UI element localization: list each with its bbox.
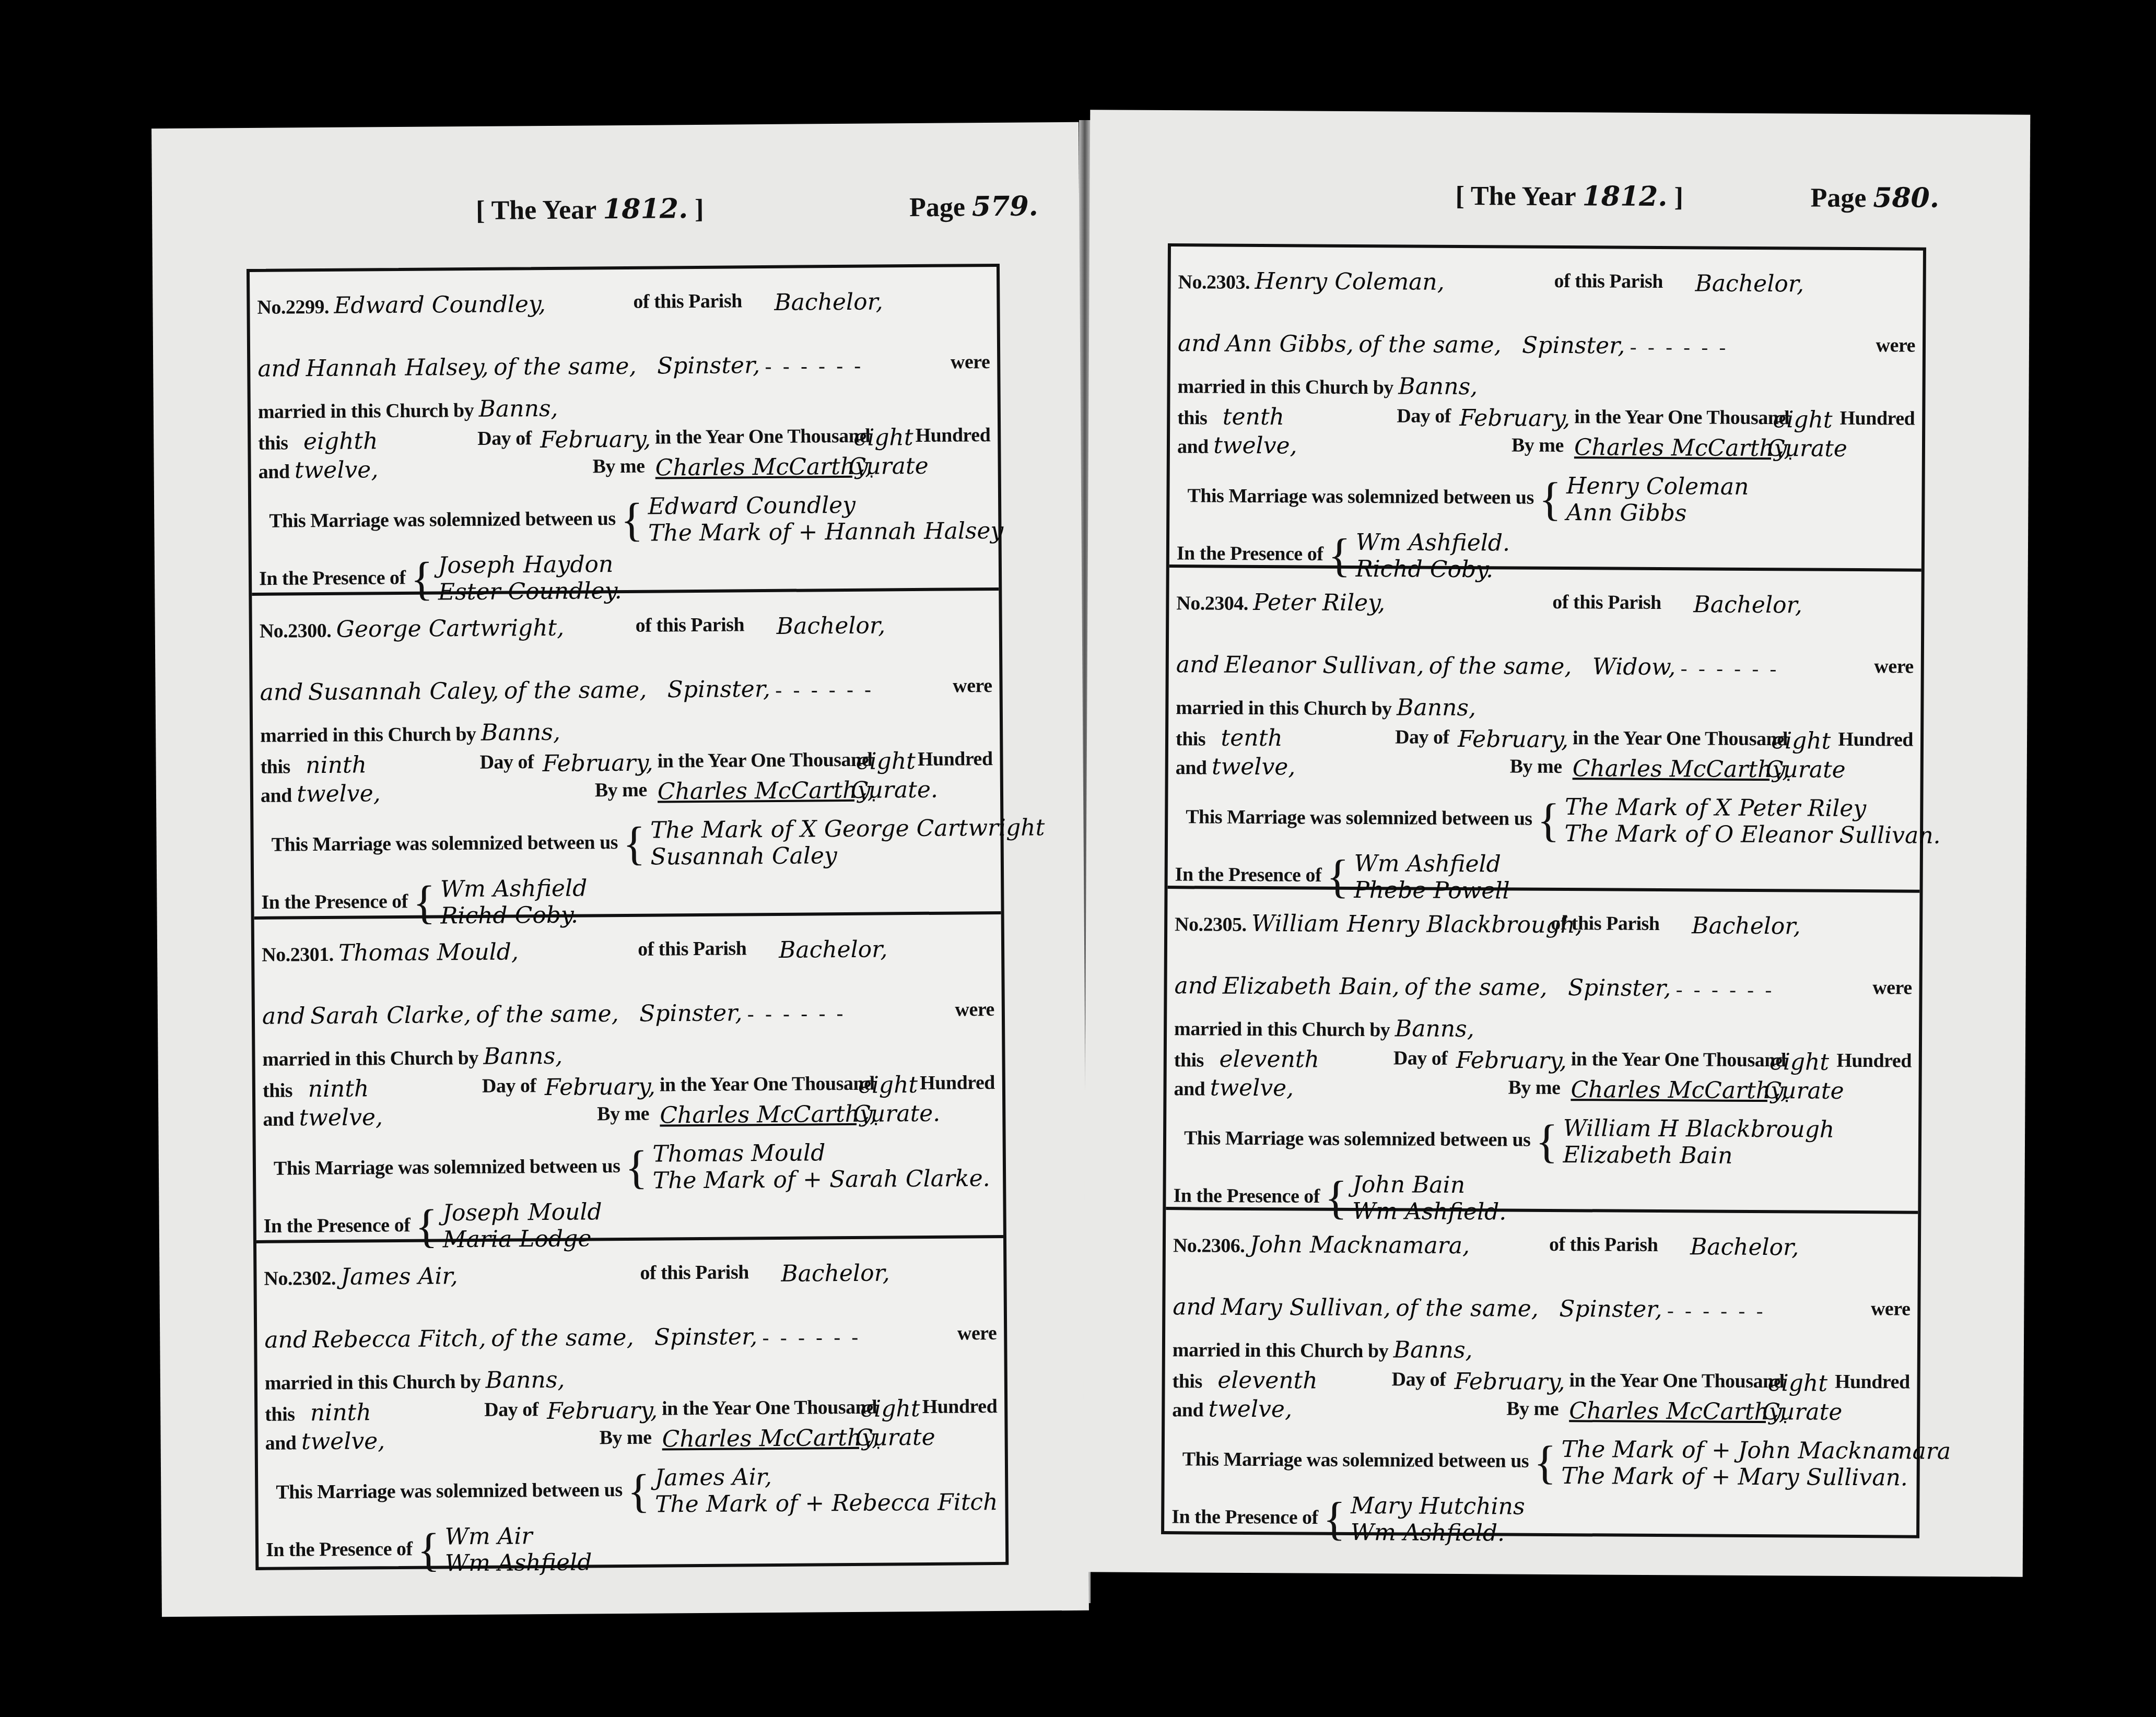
by-me-label: By me bbox=[1506, 1397, 1559, 1421]
marriage-method: Banns, bbox=[481, 719, 560, 746]
party-signature-1: Edward Coundley bbox=[648, 491, 1004, 520]
of-parish-label: of this Parish bbox=[640, 1261, 749, 1284]
witness-1: Wm Ashfield bbox=[1354, 851, 1510, 878]
married-by-label: married in this Church by bbox=[265, 1371, 481, 1394]
year-heading: [ The Year 1812. ] bbox=[476, 193, 704, 226]
groom-status: Bachelor, bbox=[1695, 270, 1804, 297]
party-signature-1: The Mark of X George Cartwright bbox=[650, 815, 1045, 844]
solemnized-label: This Marriage was solemnized between us bbox=[276, 1479, 623, 1503]
presence-label: In the Presence of bbox=[261, 890, 408, 913]
bride-name: Rebecca Fitch, bbox=[312, 1325, 486, 1353]
presence-label: In the Presence of bbox=[1177, 542, 1323, 565]
brace: { bbox=[1323, 1493, 1346, 1545]
in-year-label: in the Year One Thousand bbox=[1571, 1048, 1786, 1072]
this-label: this bbox=[1176, 728, 1205, 750]
officiant-signature: Charles McCarthy, bbox=[655, 453, 872, 481]
hundred-label: Hundred bbox=[1835, 1370, 1910, 1394]
and-word-label: and bbox=[263, 1108, 294, 1130]
of-parish-label: of this Parish bbox=[1552, 591, 1661, 614]
of-same-label: of the same, bbox=[1429, 653, 1572, 680]
marriage-entry: No.2303. Henry Coleman, of this Parish B… bbox=[1169, 246, 1923, 572]
month-value: February, bbox=[1456, 1047, 1567, 1074]
of-same-label: of the same, bbox=[476, 1001, 619, 1028]
brace: { bbox=[623, 818, 646, 869]
witness-2: Wm Ashfield. bbox=[1351, 1520, 1525, 1547]
and-label: and bbox=[262, 1003, 306, 1030]
presence-label: In the Presence of bbox=[264, 1214, 411, 1237]
bride-status: Spinster, bbox=[667, 676, 771, 703]
bride-name: Susannah Caley, bbox=[308, 678, 499, 706]
by-me-label: By me bbox=[597, 1102, 649, 1126]
groom-status: Bachelor, bbox=[781, 1260, 890, 1287]
groom-status: Bachelor, bbox=[779, 936, 888, 963]
entry-number: No.2306. bbox=[1173, 1234, 1245, 1257]
year-hundreds: eight bbox=[1767, 1370, 1827, 1397]
day-value: ninth bbox=[310, 1399, 371, 1426]
year-hundreds: eight bbox=[1771, 727, 1831, 755]
marriage-entry: No.2300. George Cartwright, of this Pari… bbox=[252, 591, 1001, 920]
presence-label: In the Presence of bbox=[259, 567, 406, 590]
groom-status: Bachelor, bbox=[1690, 1233, 1799, 1261]
marriage-method: Banns, bbox=[478, 395, 558, 422]
presence-label: In the Presence of bbox=[1171, 1506, 1318, 1528]
page-header: [ The Year 1812. ] Page 580. bbox=[1089, 110, 2030, 229]
were-label: were bbox=[955, 998, 994, 1021]
brace: { bbox=[627, 1465, 650, 1517]
page-number: Page 579. bbox=[909, 190, 1038, 223]
bride-name: Hannah Halsey, bbox=[306, 354, 488, 382]
and-word-label: and bbox=[1177, 436, 1209, 457]
married-by-label: married in this Church by bbox=[1177, 375, 1393, 398]
of-parish-label: of this Parish bbox=[638, 937, 747, 960]
and-word-label: and bbox=[1174, 1078, 1205, 1100]
bride-name: Mary Sullivan, bbox=[1221, 1294, 1391, 1322]
marriage-method: Banns, bbox=[1398, 373, 1478, 400]
party-signature-2: Ann Gibbs bbox=[1566, 500, 1749, 527]
officiant-role: Curate. bbox=[853, 1100, 940, 1127]
solemnized-label: This Marriage was solemnized between us bbox=[274, 1155, 620, 1180]
entry-number: No.2299. bbox=[257, 296, 329, 319]
officiant-signature: Charles McCarthy, bbox=[1573, 755, 1790, 783]
officiant-role: Curate bbox=[1762, 1398, 1842, 1426]
of-same-label: of the same, bbox=[1404, 973, 1548, 1001]
page-number: Page 580. bbox=[1810, 182, 1939, 214]
day-of-label: Day of bbox=[479, 750, 534, 774]
groom-status: Bachelor, bbox=[777, 612, 886, 639]
marriage-method: Banns, bbox=[1397, 694, 1476, 721]
bride-status: Spinster, bbox=[654, 1323, 758, 1350]
married-by-label: married in this Church by bbox=[262, 1047, 478, 1071]
of-parish-label: of this Parish bbox=[1554, 269, 1663, 293]
brace: { bbox=[625, 1142, 648, 1193]
month-value: February, bbox=[547, 1397, 658, 1425]
were-label: were bbox=[1876, 334, 1916, 357]
year-units: twelve, bbox=[1212, 754, 1296, 781]
by-me-label: By me bbox=[1511, 434, 1564, 457]
witness-1: Wm Air bbox=[444, 1523, 592, 1550]
hundred-label: Hundred bbox=[920, 1071, 995, 1095]
were-label: were bbox=[1872, 976, 1912, 999]
hundred-label: Hundred bbox=[915, 424, 990, 447]
marriage-method: Banns, bbox=[1393, 1336, 1473, 1363]
and-label: and bbox=[260, 679, 303, 706]
year-hundreds: eight bbox=[853, 424, 913, 451]
by-me-label: By me bbox=[595, 779, 647, 802]
party-signature-1: Thomas Mould bbox=[652, 1139, 990, 1168]
were-label: were bbox=[1871, 1297, 1911, 1320]
witness-1: Wm Ashfield. bbox=[1356, 530, 1510, 557]
and-word-label: and bbox=[259, 461, 290, 483]
day-of-label: Day of bbox=[1397, 404, 1451, 428]
marriage-method: Banns, bbox=[483, 1043, 563, 1070]
were-label: were bbox=[957, 1322, 997, 1345]
and-label: and bbox=[1174, 972, 1217, 999]
register-page-left: [ The Year 1812. ] Page 579. No.2299. Ed… bbox=[151, 122, 1089, 1617]
groom-name: Thomas Mould, bbox=[338, 938, 519, 966]
year-units: twelve, bbox=[297, 780, 381, 807]
of-parish-label: of this Parish bbox=[633, 289, 742, 313]
by-me-label: By me bbox=[599, 1426, 651, 1450]
marriage-entry: No.2306. John Macknamara, of this Parish… bbox=[1164, 1210, 1918, 1535]
solemnized-label: This Marriage was solemnized between us bbox=[1186, 806, 1532, 830]
this-label: this bbox=[265, 1403, 295, 1425]
presence-label: In the Presence of bbox=[1173, 1184, 1320, 1207]
witness-1: Joseph Haydon bbox=[438, 551, 622, 579]
brace: { bbox=[1537, 794, 1560, 846]
entry-number: No.2300. bbox=[260, 620, 332, 642]
groom-name: Peter Riley, bbox=[1253, 589, 1385, 616]
officiant-signature: Charles McCarthy, bbox=[1571, 1076, 1788, 1104]
day-of-label: Day of bbox=[1392, 1368, 1446, 1391]
were-label: were bbox=[951, 350, 990, 374]
year-units: twelve, bbox=[299, 1104, 383, 1131]
year-hundreds: eight bbox=[858, 1072, 918, 1099]
bride-status: Spinster, bbox=[639, 999, 743, 1027]
officiant-signature: Charles McCarthy, bbox=[662, 1425, 879, 1453]
register-table: No.2303. Henry Coleman, of this Parish B… bbox=[1161, 243, 1926, 1538]
hundred-label: Hundred bbox=[918, 747, 993, 771]
party-signature-1: Henry Coleman bbox=[1566, 473, 1749, 500]
hundred-label: Hundred bbox=[922, 1395, 997, 1418]
month-value: February, bbox=[1454, 1368, 1565, 1395]
in-year-label: in the Year One Thousand bbox=[662, 1396, 877, 1420]
party-signature-1: James Air, bbox=[655, 1463, 998, 1491]
officiant-signature: Charles McCarthy, bbox=[1569, 1397, 1786, 1425]
bride-name: Ann Gibbs, bbox=[1226, 331, 1354, 358]
year-heading: [ The Year 1812. ] bbox=[1455, 180, 1683, 213]
officiant-signature: Charles McCarthy, bbox=[658, 777, 875, 805]
party-signature-2: The Mark of + Rebecca Fitch bbox=[655, 1489, 998, 1518]
groom-name: Henry Coleman, bbox=[1255, 268, 1444, 296]
in-year-label: in the Year One Thousand bbox=[655, 425, 870, 449]
entry-number: No.2304. bbox=[1176, 592, 1248, 615]
by-me-label: By me bbox=[1510, 755, 1562, 779]
officiant-role: Curate. bbox=[851, 777, 938, 804]
groom-name: George Cartwright, bbox=[336, 615, 565, 643]
this-label: this bbox=[1177, 407, 1207, 429]
witness-1: John Bain bbox=[1352, 1172, 1507, 1199]
brace: { bbox=[1539, 473, 1562, 525]
year-units: twelve, bbox=[301, 1428, 385, 1455]
page-header: [ The Year 1812. ] Page 579. bbox=[151, 122, 1079, 243]
groom-name: John Macknamara, bbox=[1250, 1231, 1470, 1259]
day-of-label: Day of bbox=[477, 427, 532, 450]
marriage-method: Banns, bbox=[1395, 1015, 1474, 1042]
and-label: and bbox=[1176, 651, 1220, 678]
year-hundreds: eight bbox=[860, 1395, 920, 1422]
register-table: No.2299. Edward Coundley, of this Parish… bbox=[247, 264, 1009, 1570]
month-value: February, bbox=[1459, 405, 1570, 432]
month-value: February, bbox=[1458, 726, 1568, 753]
day-value: eleventh bbox=[1219, 1046, 1319, 1073]
brace: { bbox=[1536, 1115, 1559, 1167]
witness-1: Joseph Mould bbox=[442, 1199, 602, 1227]
party-signature-2: The Mark of + Hannah Halsey bbox=[648, 518, 1004, 546]
of-parish-label: of this Parish bbox=[636, 613, 745, 637]
in-year-label: in the Year One Thousand bbox=[1574, 405, 1789, 429]
hundred-label: Hundred bbox=[1840, 407, 1915, 430]
this-label: this bbox=[1174, 1049, 1204, 1071]
hundred-label: Hundred bbox=[1836, 1049, 1912, 1073]
by-me-label: By me bbox=[592, 455, 645, 478]
groom-status: Bachelor, bbox=[1692, 912, 1801, 939]
solemnized-label: This Marriage was solemnized between us bbox=[269, 508, 616, 532]
party-signature-2: Elizabeth Bain bbox=[1563, 1142, 1834, 1170]
day-value: tenth bbox=[1221, 725, 1283, 752]
bride-name: Eleanor Sullivan, bbox=[1224, 652, 1424, 679]
solemnized-label: This Marriage was solemnized between us bbox=[1184, 1127, 1531, 1151]
this-label: this bbox=[263, 1079, 292, 1101]
year-units: twelve, bbox=[1208, 1396, 1292, 1423]
party-signature-1: William H Blackbrough bbox=[1563, 1115, 1835, 1143]
groom-name: Edward Coundley, bbox=[334, 291, 546, 319]
of-parish-label: of this Parish bbox=[1549, 1233, 1658, 1256]
of-same-label: of the same, bbox=[1396, 1295, 1539, 1322]
party-signature-1: The Mark of + John Macknamara bbox=[1561, 1437, 1951, 1465]
day-of-label: Day of bbox=[484, 1398, 538, 1421]
marriage-entry: No.2305. William Henry Blackbrough, of t… bbox=[1166, 889, 1919, 1214]
year-hundreds: eight bbox=[856, 748, 916, 775]
bride-status: Spinster, bbox=[1522, 332, 1625, 359]
year-units: twelve, bbox=[1213, 432, 1297, 460]
register-page-right: [ The Year 1812. ] Page 580. No.2303. He… bbox=[1083, 110, 2031, 1577]
year-units: twelve, bbox=[1210, 1075, 1294, 1102]
solemnized-label: This Marriage was solemnized between us bbox=[1182, 1449, 1529, 1472]
bride-status: Spinster, bbox=[657, 352, 760, 379]
year-hundreds: eight bbox=[1773, 406, 1833, 433]
day-of-label: Day of bbox=[482, 1074, 536, 1098]
of-same-label: of the same, bbox=[1358, 331, 1502, 358]
marriage-entry: No.2304. Peter Riley, of this Parish Bac… bbox=[1168, 568, 1921, 893]
and-label: and bbox=[257, 355, 301, 382]
officiant-signature: Charles McCarthy, bbox=[1574, 434, 1791, 462]
brace: { bbox=[417, 1524, 440, 1576]
married-by-label: married in this Church by bbox=[1176, 697, 1392, 720]
in-year-label: in the Year One Thousand bbox=[1573, 726, 1788, 750]
day-value: eleventh bbox=[1217, 1367, 1318, 1394]
of-same-label: of the same, bbox=[491, 1324, 634, 1352]
day-value: eighth bbox=[303, 428, 378, 455]
party-signature-2: Susannah Caley bbox=[650, 841, 1045, 871]
officiant-role: Curate bbox=[855, 1424, 935, 1451]
and-word-label: and bbox=[1176, 757, 1207, 779]
bride-status: Spinster, bbox=[1559, 1296, 1662, 1323]
month-value: February, bbox=[545, 1074, 655, 1101]
day-of-label: Day of bbox=[1395, 725, 1449, 749]
groom-status: Bachelor, bbox=[1693, 591, 1802, 618]
and-word-label: and bbox=[265, 1432, 297, 1454]
married-by-label: married in this Church by bbox=[1173, 1339, 1389, 1362]
brace: { bbox=[1533, 1437, 1556, 1488]
witness-2: Wm Ashfield bbox=[445, 1549, 592, 1577]
married-by-label: married in this Church by bbox=[258, 399, 474, 423]
presence-label: In the Presence of bbox=[1175, 863, 1322, 886]
by-me-label: By me bbox=[1508, 1076, 1560, 1100]
in-year-label: in the Year One Thousand bbox=[1569, 1369, 1785, 1393]
entry-number: No.2303. bbox=[1178, 271, 1250, 293]
of-parish-label: of this Parish bbox=[1551, 912, 1660, 935]
entry-number: No.2301. bbox=[262, 944, 334, 966]
and-label: and bbox=[264, 1326, 308, 1354]
in-year-label: in the Year One Thousand bbox=[657, 748, 872, 773]
in-year-label: in the Year One Thousand bbox=[660, 1072, 875, 1097]
witness-1: Mary Hutchins bbox=[1351, 1493, 1525, 1520]
bride-name: Sarah Clarke, bbox=[310, 1002, 471, 1029]
hundred-label: Hundred bbox=[1838, 728, 1913, 751]
day-value: ninth bbox=[306, 751, 367, 779]
of-same-label: of the same, bbox=[494, 353, 637, 381]
married-by-label: married in this Church by bbox=[1174, 1018, 1390, 1041]
marriage-entry: No.2301. Thomas Mould, of this Parish Ba… bbox=[254, 914, 1003, 1243]
of-same-label: of the same, bbox=[504, 677, 647, 704]
solemnized-label: This Marriage was solemnized between us bbox=[272, 831, 618, 856]
solemnized-label: This Marriage was solemnized between us bbox=[1187, 485, 1534, 509]
day-of-label: Day of bbox=[1393, 1046, 1448, 1070]
bride-status: Spinster, bbox=[1568, 974, 1671, 1002]
party-signature-1: The Mark of X Peter Riley bbox=[1565, 794, 1941, 822]
day-value: ninth bbox=[308, 1075, 369, 1102]
and-word-label: and bbox=[1172, 1399, 1203, 1421]
officiant-signature: Charles McCarthy, bbox=[660, 1101, 877, 1129]
groom-name: James Air, bbox=[341, 1263, 458, 1290]
entry-number: No.2305. bbox=[1175, 913, 1247, 936]
brace: { bbox=[620, 494, 643, 546]
officiant-role: Curate bbox=[848, 453, 928, 480]
and-label: and bbox=[1178, 330, 1221, 357]
year-units: twelve, bbox=[295, 456, 379, 484]
presence-label: In the Presence of bbox=[266, 1538, 413, 1561]
bride-status: Widow, bbox=[1592, 653, 1676, 680]
were-label: were bbox=[953, 674, 992, 698]
this-label: this bbox=[260, 756, 290, 778]
officiant-role: Curate bbox=[1766, 756, 1846, 783]
bride-name: Elizabeth Bain, bbox=[1223, 973, 1400, 1001]
month-value: February, bbox=[542, 750, 653, 777]
entry-number: No.2302. bbox=[264, 1267, 336, 1290]
marriage-method: Banns, bbox=[485, 1367, 565, 1394]
marriage-entry: No.2299. Edward Coundley, of this Parish… bbox=[250, 267, 999, 596]
officiant-role: Curate bbox=[1764, 1077, 1844, 1104]
marriage-entry: No.2302. James Air, of this Parish Bache… bbox=[256, 1238, 1005, 1567]
this-label: this bbox=[258, 432, 288, 454]
this-label: this bbox=[1172, 1370, 1202, 1392]
party-signature-2: The Mark of O Eleanor Sullivan. bbox=[1565, 821, 1941, 849]
party-signature-2: The Mark of + Sarah Clarke. bbox=[653, 1166, 990, 1194]
and-label: and bbox=[1173, 1293, 1216, 1320]
year-hundreds: eight bbox=[1770, 1049, 1830, 1076]
and-word-label: and bbox=[261, 784, 292, 806]
were-label: were bbox=[1874, 655, 1914, 678]
groom-status: Bachelor, bbox=[774, 288, 883, 315]
witness-1: Wm Ashfield bbox=[440, 875, 588, 903]
month-value: February, bbox=[540, 426, 651, 453]
party-signature-2: The Mark of + Mary Sullivan. bbox=[1561, 1463, 1951, 1491]
married-by-label: married in this Church by bbox=[260, 723, 476, 747]
day-value: tenth bbox=[1223, 404, 1284, 431]
officiant-role: Curate bbox=[1767, 435, 1847, 462]
groom-name: William Henry Blackbrough, bbox=[1251, 910, 1583, 938]
